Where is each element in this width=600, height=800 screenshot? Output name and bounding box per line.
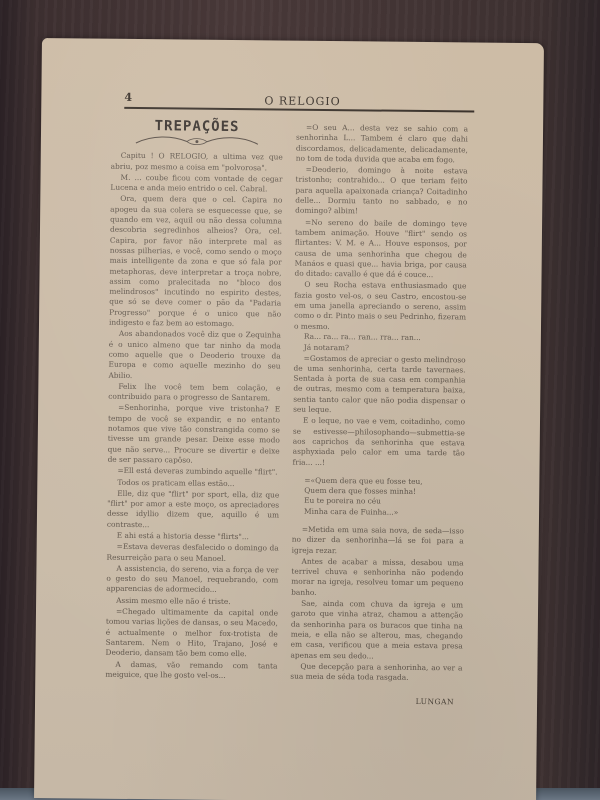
paragraph: E ahi está a historia desse "flirts"... [107, 531, 279, 543]
paragraph: Que decepção para a senhorinha, ao ver a… [290, 661, 462, 683]
paragraph: O seu Rocha estava enthusiasmado que faz… [294, 280, 467, 333]
paragraph: Felix lhe você tem bem colação, e contri… [108, 382, 280, 404]
paragraph: M. ... coube ficou com vontade de cegar … [110, 173, 282, 195]
right-column-text-continued: =Gostamos de apreciar o gesto melindroso… [293, 353, 466, 469]
paragraph: A damas, vão remando com tanta meiguice,… [105, 659, 277, 681]
right-column-text-end: =Metida em uma saia nova, de seda—isso n… [290, 525, 464, 684]
paragraph: Sae, ainda com chuva da igreja e um garo… [290, 599, 463, 663]
verse-line: Minha cara de Fuinha...» [304, 506, 464, 518]
right-column: =O seu A... desta vez se sahio com a sen… [290, 123, 468, 709]
paragraph: =Deoderio, domingo à noite estava tristo… [295, 165, 468, 218]
left-column-text: Capitu ! O RELOGIO, a ultima vez que abr… [105, 151, 283, 682]
paragraph: =Estava deveras desfalecido o domingo da… [107, 542, 279, 564]
ornament-flourish-icon [132, 133, 262, 148]
paragraph: =Metida em uma saia nova, de seda—isso n… [292, 525, 464, 558]
paragraph: A assistencia, do sereno, via a força de… [106, 564, 278, 597]
paragraph: Ora, quem dera que o cel. Capira no apog… [109, 194, 282, 330]
laugh-line: Ra... ra... ra... ran... rra... ran... [294, 332, 466, 344]
journal-name: O RELOGIO [264, 94, 340, 108]
paragraph: =Senhorinha, porque vive tristonha? E te… [108, 403, 281, 467]
paragraph: =Chegado ultimamente da capital onde tom… [106, 607, 279, 660]
left-column: TREPAÇÕES Capitu ! O RELOGIO, a ultima v… [105, 121, 283, 682]
paragraph: Todos os praticam ellas estão... [107, 477, 279, 489]
verse-block: =«Quem dera que eu fosse teu,Quem dera q… [304, 476, 464, 519]
author-signature: LUNGAN [290, 696, 462, 708]
newspaper-page: 4 O RELOGIO TREPAÇÕES Capitu ! O RELOGIO… [34, 38, 544, 800]
paragraph: Capitu ! O RELOGIO, a ultima vez que abr… [111, 151, 283, 173]
paragraph: Elle, diz que "flirt" por sport, ella, d… [107, 489, 279, 532]
paragraph: Antes de acabar a missa, desabou uma ter… [291, 557, 463, 600]
right-column-text: =O seu A... desta vez se sahio com a sen… [294, 123, 468, 334]
paragraph: =Ell está deveras zumbindo aquelle "flir… [107, 466, 279, 478]
paragraph: Assim mesmo elle não é triste. [106, 595, 278, 607]
paragraph: E o leque, no vae e vem, coitadinho, com… [293, 416, 466, 469]
page-number: 4 [124, 91, 132, 104]
paragraph: =O seu A... desta vez se sahio com a sen… [296, 123, 468, 166]
paragraph: Aos abandonados você diz que o Zequinha … [108, 329, 281, 382]
paragraph: =No sereno do baile de domingo teve tamb… [294, 217, 467, 281]
article-title: TREPAÇÕES [111, 121, 283, 133]
paragraph: =Gostamos de apreciar o gesto melindroso… [293, 353, 466, 417]
